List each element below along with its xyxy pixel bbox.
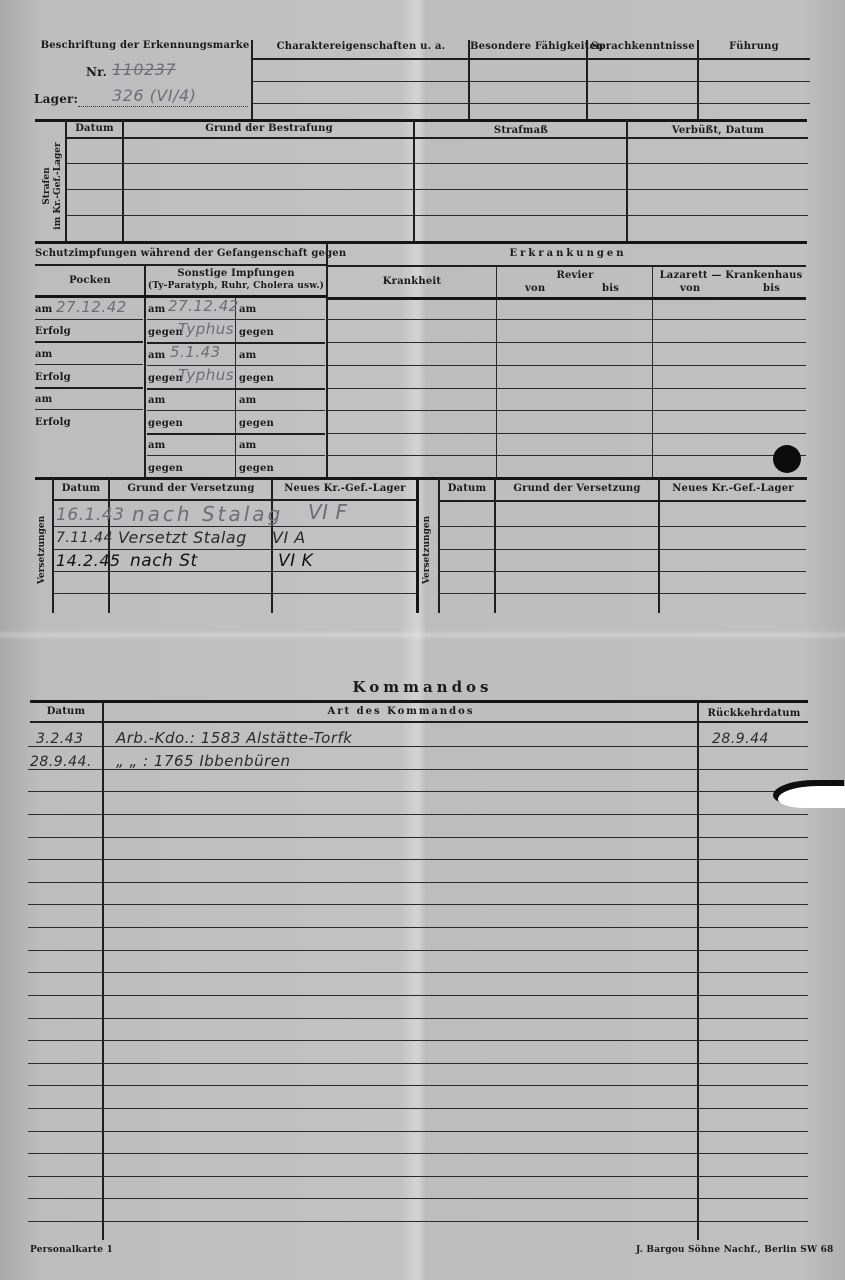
- sonstige-row-label: gegen: [239, 327, 274, 338]
- divider: [102, 702, 104, 1240]
- revier-bis-label: bis: [602, 283, 619, 294]
- kommandos-col-rueckkehr: Rückkehrdatum: [699, 708, 809, 719]
- divider: [251, 40, 253, 120]
- kommando-row-datum: 28.9.44.: [30, 754, 92, 770]
- rule: [66, 137, 808, 139]
- rule: [147, 410, 325, 411]
- rule: [328, 410, 806, 411]
- sonstige-row-label: am: [148, 395, 165, 406]
- kommandos-col-datum: Datum: [30, 706, 102, 717]
- sonstige-row-label: am: [239, 350, 256, 361]
- kommandos-col-art: Art des Kommandos: [104, 706, 698, 717]
- sonstige-row-label: am: [239, 304, 256, 315]
- sonstige-row-value: 27.12.42: [168, 297, 239, 315]
- sonstige-row-label: gegen: [239, 373, 274, 384]
- rule: [28, 1108, 808, 1109]
- marke-label: Beschriftung der Erkennungsmarke: [40, 40, 250, 51]
- versetzung-row-lager: VI K: [278, 551, 313, 571]
- col-faehigkeiten: Besondere Fähigkeiten: [470, 41, 586, 52]
- rule: [28, 1131, 808, 1132]
- rule: [28, 1063, 808, 1064]
- versetzung-right-col-datum: Datum: [440, 483, 494, 494]
- revier-label: Revier: [498, 270, 652, 281]
- versetzung-row-grund: nach St: [130, 551, 198, 571]
- lazarett-von-label: von: [680, 283, 700, 294]
- rule: [53, 499, 417, 501]
- sonstige-row-value: Typhus: [178, 320, 234, 338]
- rule: [328, 297, 806, 300]
- pocken-row-label: am: [35, 349, 52, 360]
- versetzung-row-grund: nach Stalag: [132, 502, 283, 526]
- kommando-row-art: „ „ : 1765 Ibbenbüren: [116, 752, 290, 770]
- rule: [328, 265, 806, 267]
- nr-label: Nr.: [86, 65, 107, 79]
- rule: [328, 342, 806, 343]
- rule: [28, 837, 808, 838]
- versetzung-row-datum: 14.2.45: [56, 551, 121, 570]
- rule: [28, 814, 808, 815]
- rule: [439, 593, 806, 594]
- rule: [35, 119, 807, 122]
- rule: [328, 433, 806, 434]
- versetzung-right-col-lager: Neues Kr.-Gef.-Lager: [660, 483, 806, 494]
- rule: [35, 341, 143, 343]
- versetzung-right-col-grund: Grund der Versetzung: [496, 483, 658, 494]
- rule: [28, 972, 808, 973]
- sonstige-row-label: am: [148, 440, 165, 451]
- rule: [147, 433, 325, 435]
- strafen-col-verbuesst: Verbüßt, Datum: [628, 125, 808, 136]
- rule: [439, 526, 806, 527]
- lazarett-bis-label: bis: [763, 283, 780, 294]
- rule: [439, 549, 806, 550]
- revier-von-label: von: [525, 283, 545, 294]
- rule: [28, 769, 808, 770]
- versetzungen-side-label-left: Versetzungen: [37, 510, 47, 590]
- punch-hole: [773, 445, 801, 473]
- strafen-side-label: Strafen im Kr.-Gef.-Lager: [42, 131, 64, 241]
- rule: [35, 264, 326, 266]
- index-card-paper: [0, 0, 845, 1280]
- versetzungen-side-label-right: Versetzungen: [422, 510, 432, 590]
- impfungen-title: Schutzimpfungen während der Gefangenscha…: [35, 248, 325, 259]
- footer-form-name: Personalkarte 1: [30, 1245, 113, 1255]
- versetzung-row-lager: VI F: [308, 500, 347, 524]
- pocken-row-label: Erfolg: [35, 417, 71, 428]
- pocken-row-label: am: [35, 304, 52, 315]
- col-sprachen: Sprachkenntnisse: [588, 41, 698, 52]
- paper-fold: [0, 630, 845, 640]
- rule: [28, 1085, 808, 1086]
- rule: [328, 365, 806, 366]
- col-charakter: Charaktereigenschaften u. a.: [254, 41, 468, 52]
- versetzung-row-datum: 7.11.44: [56, 530, 113, 546]
- rule: [35, 477, 807, 480]
- rule: [439, 571, 806, 572]
- rule: [28, 1176, 808, 1177]
- sonstige-row-value: Typhus: [178, 366, 234, 384]
- rule: [28, 1153, 808, 1154]
- rule: [66, 215, 808, 216]
- sonstige-label: Sonstige Impfungen: [146, 268, 326, 279]
- rule: [328, 455, 806, 456]
- rule: [28, 882, 808, 883]
- sonstige-row-label: am: [148, 304, 165, 315]
- sonstige-row-label: am: [239, 440, 256, 451]
- sonstige-sublabel: (Ty-Paratyph, Ruhr, Cholera usw.): [146, 281, 326, 291]
- rule: [28, 1040, 808, 1041]
- versetzung-col-grund: Grund der Versetzung: [110, 483, 272, 494]
- rule: [66, 189, 808, 190]
- rule: [53, 571, 417, 572]
- rule: [35, 364, 143, 365]
- strafen-side-label-2: im Kr.-Gef.-Lager: [53, 142, 63, 229]
- pocken-row-value: 27.12.42: [56, 298, 127, 316]
- kommando-row-art: Arb.-Kdo.: 1583 Alstätte-Torfk: [116, 729, 352, 747]
- rule: [252, 81, 810, 82]
- kommando-row-rueckkehr: 28.9.44: [712, 731, 769, 747]
- erkrankungen-title: Erkrankungen: [328, 248, 808, 259]
- pocken-row-label: Erfolg: [35, 372, 71, 383]
- rule: [147, 319, 325, 320]
- sonstige-row-label: gegen: [148, 418, 183, 429]
- rule: [53, 549, 417, 550]
- lager-label: Lager:: [34, 92, 78, 106]
- col-fuehrung: Führung: [700, 41, 808, 52]
- kommandos-title: Kommandos: [0, 678, 845, 696]
- footer-printer: J. Bargou Söhne Nachf., Berlin SW 68: [636, 1245, 834, 1255]
- strafen-col-grund: Grund der Bestrafung: [124, 123, 414, 134]
- nr-value: 110237: [112, 60, 176, 79]
- rule: [28, 1221, 808, 1222]
- versetzung-row-lager: VI A: [272, 528, 306, 547]
- rule: [28, 1198, 808, 1199]
- rule: [28, 950, 808, 951]
- rule: [328, 388, 806, 389]
- sonstige-row-value: 5.1.43: [170, 343, 221, 361]
- strafen-side-label-1: Strafen: [42, 167, 52, 204]
- pocken-row-label: am: [35, 394, 52, 405]
- rule: [28, 859, 808, 860]
- rule: [35, 409, 143, 410]
- rule: [28, 995, 808, 996]
- rule: [252, 58, 810, 60]
- divider: [697, 40, 699, 120]
- rule: [53, 593, 417, 594]
- lager-dotted-line: [78, 106, 248, 107]
- rule: [35, 387, 143, 389]
- sonstige-row-label: gegen: [239, 418, 274, 429]
- kommando-row-datum: 3.2.43: [36, 731, 84, 747]
- rule: [35, 319, 143, 320]
- krankheit-label: Krankheit: [328, 276, 496, 287]
- lager-value: 326 (VI/4): [112, 86, 196, 105]
- paper-tear: [778, 786, 845, 808]
- divider: [697, 702, 699, 1240]
- versetzung-row-grund: Versetzt Stalag: [118, 528, 247, 547]
- strafen-col-datum: Datum: [67, 123, 122, 134]
- rule: [28, 791, 808, 792]
- rule: [28, 927, 808, 928]
- rule: [147, 388, 325, 390]
- lazarett-label: Lazarett — Krankenhaus: [654, 270, 808, 281]
- rule: [252, 103, 810, 104]
- rule: [328, 319, 806, 320]
- rule: [28, 904, 808, 905]
- rule: [66, 163, 808, 164]
- versetzung-col-datum: Datum: [54, 483, 108, 494]
- pocken-row-label: Erfolg: [35, 326, 71, 337]
- rule: [147, 365, 325, 366]
- sonstige-row-label: gegen: [239, 463, 274, 474]
- pocken-label: Pocken: [35, 275, 145, 286]
- versetzung-row-datum: 16.1.43: [56, 505, 124, 525]
- rule: [35, 241, 807, 244]
- rule: [439, 500, 806, 502]
- rule: [28, 1018, 808, 1019]
- divider: [586, 40, 588, 120]
- rule: [28, 746, 808, 747]
- versetzung-col-lager: Neues Kr.-Gef.-Lager: [273, 483, 417, 494]
- rule: [30, 721, 808, 723]
- sonstige-row-label: gegen: [148, 463, 183, 474]
- divider: [468, 40, 470, 120]
- sonstige-row-label: am: [148, 350, 165, 361]
- strafen-col-strafmass: Strafmaß: [415, 125, 627, 136]
- rule: [30, 700, 808, 703]
- rule: [147, 455, 325, 456]
- rule: [53, 526, 417, 527]
- sonstige-row-label: am: [239, 395, 256, 406]
